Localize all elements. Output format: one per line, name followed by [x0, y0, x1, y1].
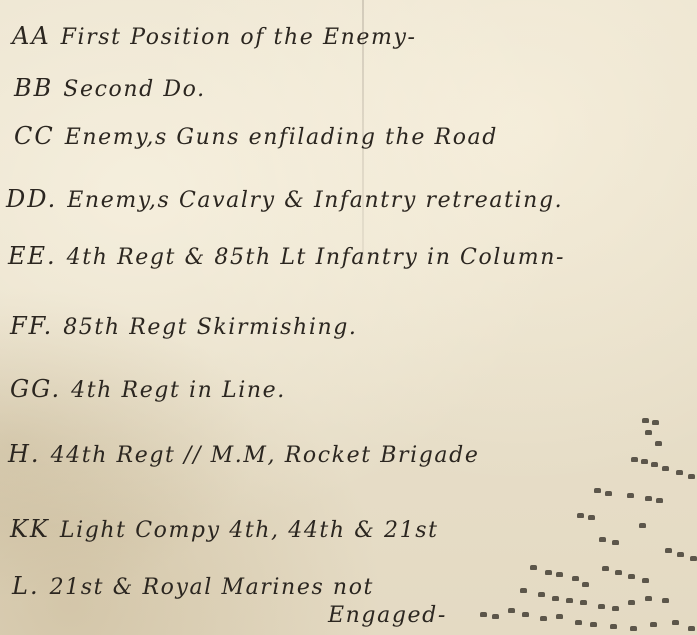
troop-formation-markings	[0, 0, 697, 635]
